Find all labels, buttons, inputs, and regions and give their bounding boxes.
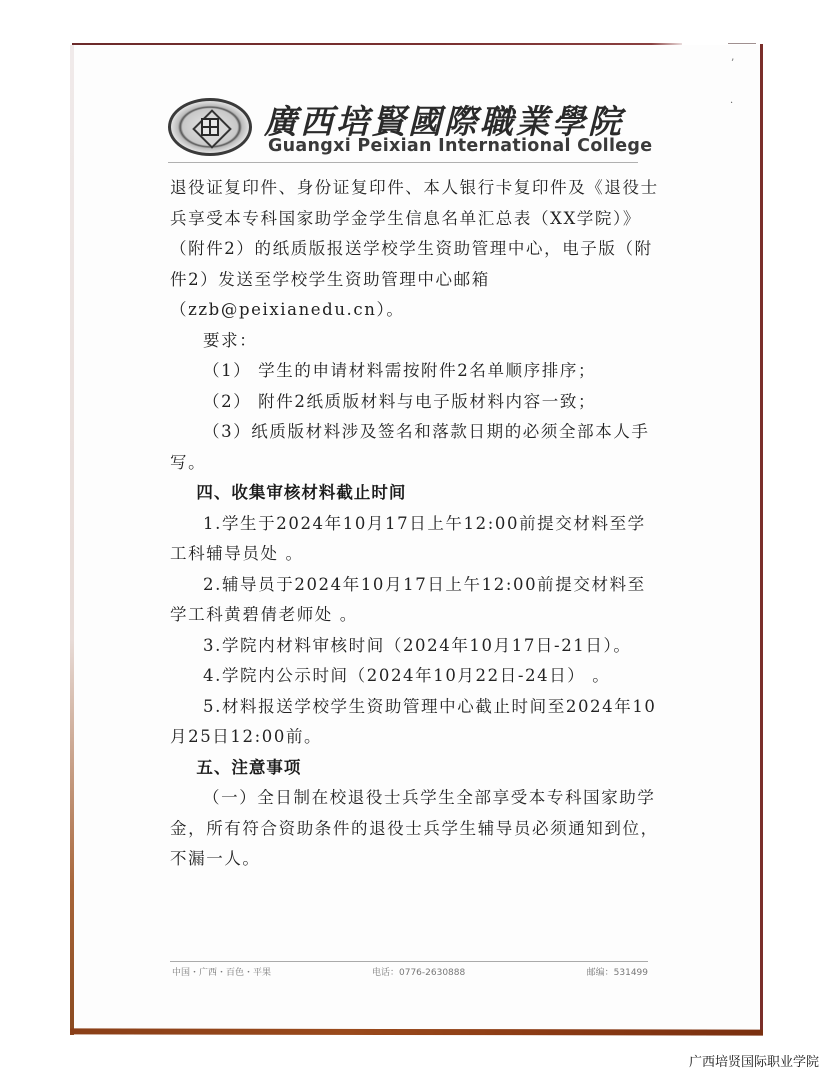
body-paragraph: 退役证复印件、身份证复印件、本人银行卡复印件及《退役士兵享受本专科国家助学金学生… bbox=[170, 173, 660, 326]
scanned-document-frame: ’ · 廣西培賢國際職業學院 Guangxi Peixian Internati… bbox=[0, 0, 835, 1080]
page-right-edge bbox=[760, 44, 763, 1034]
seal-emblem bbox=[201, 118, 219, 136]
deadline-item: 4.学院内公示时间（2024年10月22日-24日） 。 bbox=[170, 661, 660, 692]
requirement-item: （1） 学生的申请材料需按附件2名单顺序排序； bbox=[170, 356, 660, 387]
deadline-item: 5.材料报送学校学生资助管理中心截止时间至2024年10月25日12:00前。 bbox=[170, 692, 660, 753]
section-heading: 四、收集审核材料截止时间 bbox=[170, 478, 660, 509]
page-bottom-edge bbox=[70, 1028, 763, 1035]
page-top-edge-right bbox=[728, 43, 756, 44]
requirement-item: （2） 附件2纸质版材料与电子版材料内容一致； bbox=[170, 387, 660, 418]
letterhead-divider bbox=[168, 162, 638, 163]
college-name-english: Guangxi Peixian International College bbox=[268, 136, 652, 156]
deadline-item: 3.学院内材料审核时间（2024年10月17日-21日）。 bbox=[170, 631, 660, 662]
scan-speck: ’ bbox=[731, 58, 734, 69]
requirements-label: 要求： bbox=[170, 326, 660, 357]
scan-speck: · bbox=[730, 98, 733, 109]
footer-divider bbox=[170, 961, 648, 962]
notice-item: （一）全日制在校退役士兵学生全部享受本专科国家助学金，所有符合资助条件的退役士兵… bbox=[170, 783, 660, 875]
college-seal-icon bbox=[168, 98, 252, 156]
page-left-edge bbox=[70, 45, 74, 1035]
document-body: 退役证复印件、身份证复印件、本人银行卡复印件及《退役士兵享受本专科国家助学金学生… bbox=[170, 173, 660, 875]
footer-postcode: 邮编：531499 bbox=[587, 965, 648, 978]
section-heading: 五、注意事项 bbox=[170, 753, 660, 784]
page-top-edge bbox=[72, 43, 682, 45]
letterhead: 廣西培賢國際職業學院 Guangxi Peixian International… bbox=[168, 96, 638, 160]
footer-address: 中国・广西・百色・平果 bbox=[172, 965, 271, 978]
deadline-item: 1.学生于2024年10月17日上午12:00前提交材料至学工科辅导员处 。 bbox=[170, 509, 660, 570]
source-watermark: 广西培贤国际职业学院 bbox=[689, 1051, 819, 1070]
requirement-item: （3）纸质版材料涉及签名和落款日期的必须全部本人手写。 bbox=[170, 417, 660, 478]
footer-phone: 电话：0776-2630888 bbox=[372, 965, 465, 978]
deadline-item: 2.辅导员于2024年10月17日上午12:00前提交材料至学工科黄碧倩老师处 … bbox=[170, 570, 660, 631]
